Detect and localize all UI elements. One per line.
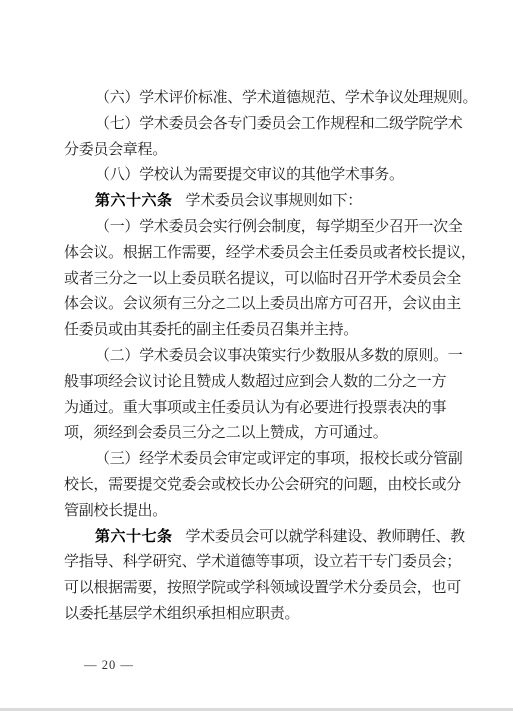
- text-line: 任委员或由其委托的副主任委员召集并主持。: [64, 318, 452, 344]
- document-page: （六）学术评价标准、学术道德规范、学术争议处理规则。（七）学术委员会各专门委员会…: [0, 0, 513, 714]
- paragraph: （八）学校认为需要提交审议的其他学术事务。: [64, 163, 452, 189]
- text-line: （二）学术委员会议事决策实行少数服从多数的原则。一: [64, 344, 452, 370]
- clause-text: 学术委员会可以就学科建设、教师聘任、教: [186, 529, 465, 545]
- text-line: 管副校长提出。: [64, 499, 452, 525]
- text-line: （八）学校认为需要提交审议的其他学术事务。: [64, 163, 452, 189]
- text-line: 项，须经到会委员三分之二以上赞成，方可通过。: [64, 421, 452, 447]
- paragraph: （一）学术委员会实行例会制度，每学期至少召开一次全体会议。根据工作需要，经学术委…: [64, 215, 452, 344]
- paragraph: 第六十七条学术委员会可以就学科建设、教师聘任、教学指导、科学研究、学术道德等事项…: [64, 525, 452, 628]
- text-line: 第六十七条学术委员会可以就学科建设、教师聘任、教: [64, 525, 452, 551]
- text-line: 体会议。根据工作需要，经学术委员会主任委员或者校长提议，: [64, 241, 452, 267]
- clause-number: 第六十六条: [95, 193, 173, 209]
- clause-text: 学术委员会议事规则如下：: [186, 193, 362, 209]
- paragraph: （六）学术评价标准、学术道德规范、学术争议处理规则。: [64, 86, 452, 112]
- clause-number: 第六十七条: [95, 529, 173, 545]
- paragraph: 第六十六条学术委员会议事规则如下：: [64, 189, 452, 215]
- paragraph: （七）学术委员会各专门委员会工作规程和二级学院学术分委员会章程。: [64, 112, 452, 164]
- text-line: （六）学术评价标准、学术道德规范、学术争议处理规则。: [64, 86, 452, 112]
- text-line: 分委员会章程。: [64, 138, 452, 164]
- text-block: （六）学术评价标准、学术道德规范、学术争议处理规则。（七）学术委员会各专门委员会…: [64, 86, 452, 628]
- text-line: 校长，需要提交党委会或校长办公会研究的问题，由校长或分: [64, 473, 452, 499]
- text-line: 或者三分之一以上委员联名提议，可以临时召开学术委员会全: [64, 267, 452, 293]
- text-line: 般事项经会议讨论且赞成人数超过应到会人数的二分之一方: [64, 370, 452, 396]
- text-line: 学指导、科学研究、学术道德等事项，设立若干专门委员会；: [64, 550, 452, 576]
- text-line: （七）学术委员会各专门委员会工作规程和二级学院学术: [64, 112, 452, 138]
- paragraph: （三）经学术委员会审定或评定的事项，报校长或分管副校长，需要提交党委会或校长办公…: [64, 447, 452, 524]
- text-line: 以委托基层学术组织承担相应职责。: [64, 602, 452, 628]
- page-bottom-edge: [0, 708, 513, 711]
- paragraph: （二）学术委员会议事决策实行少数服从多数的原则。一般事项经会议讨论且赞成人数超过…: [64, 344, 452, 447]
- page-number: — 20 —: [82, 655, 136, 675]
- text-line: 可以根据需要，按照学院或学科领域设置学术分委员会，也可: [64, 576, 452, 602]
- text-line: （一）学术委员会实行例会制度，每学期至少召开一次全: [64, 215, 452, 241]
- text-line: 第六十六条学术委员会议事规则如下：: [64, 189, 452, 215]
- text-line: 体会议。会议须有三分之二以上委员出席方可召开，会议由主: [64, 292, 452, 318]
- text-line: （三）经学术委员会审定或评定的事项，报校长或分管副: [64, 447, 452, 473]
- text-line: 为通过。重大事项或主任委员认为有必要进行投票表决的事: [64, 396, 452, 422]
